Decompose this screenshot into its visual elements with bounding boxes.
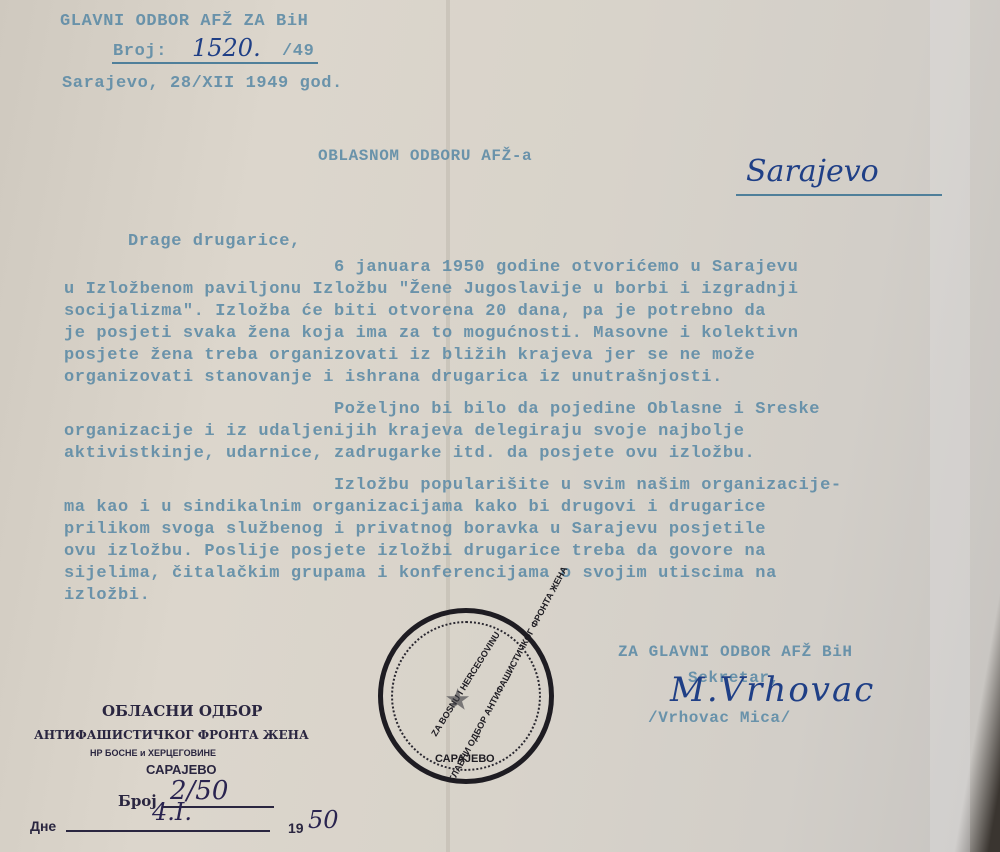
stamp-year-value: 50 bbox=[308, 806, 339, 834]
paragraph-line: 6 januara 1950 godine otvorićemo u Saraj… bbox=[334, 258, 798, 278]
number-suffix: /49 bbox=[282, 42, 314, 62]
stamp-line-3: НР БОСНЕ и ХЕРЦЕГОВИНЕ bbox=[90, 748, 216, 758]
number-handwritten: 1520. bbox=[192, 34, 261, 62]
paragraph-line: socijalizma". Izložba će biti otvorena 2… bbox=[64, 302, 766, 322]
stamp-line-2: АНТИФАШИСТИЧКОГ ФРОНТА ЖЕНА bbox=[34, 728, 309, 742]
stamp-date-label: Дне bbox=[30, 818, 56, 834]
signature-for-line: ZA GLAVNI ODBOR AFŽ BiH bbox=[618, 642, 853, 662]
star-icon: ★ bbox=[445, 671, 470, 723]
seal-bottom-text: САРАЈЕВО bbox=[435, 753, 495, 765]
paragraph-line: organizovati stanovanje i ishrana drugar… bbox=[64, 368, 723, 388]
stamp-number-label: Број bbox=[118, 792, 157, 810]
paragraph-line: sijelima, čitalačkim grupama i konferenc… bbox=[64, 564, 777, 584]
place-date: Sarajevo, 28/XII 1949 god. bbox=[62, 74, 343, 94]
paragraph-line: Izložbu popularišite u svim našim organi… bbox=[334, 476, 842, 496]
paragraph-line: Poželjno bi bilo da pojedine Oblasne i S… bbox=[334, 400, 820, 420]
paragraph-line: u Izložbenom paviljonu Izložbu "Žene Jug… bbox=[64, 280, 799, 300]
signature-handwritten: M.Vrhovac bbox=[670, 670, 875, 710]
paper-fold bbox=[930, 0, 970, 852]
round-seal: ГЛАВНИ ОДБОР АНТИФАШИСТИЧКОГ ФРОНТА ЖЕНА… bbox=[378, 608, 554, 784]
stamp-year-prefix: 19 bbox=[288, 820, 304, 836]
paragraph-line: izložbi. bbox=[64, 586, 150, 606]
stamp-date-line bbox=[66, 830, 270, 832]
paragraph-line: ovu izložbu. Poslije posjete izložbi dru… bbox=[64, 542, 766, 562]
signature-typed-name: /Vrhovac Mica/ bbox=[648, 708, 791, 728]
recipient-city-handwritten: Sarajevo bbox=[746, 154, 879, 189]
paragraph-line: posjete žena treba organizovati iz bliži… bbox=[64, 346, 755, 366]
number-label: Broj: bbox=[113, 42, 167, 62]
stamp-line-4: САРАЈЕВО bbox=[146, 762, 216, 777]
recipient-underline bbox=[736, 194, 942, 196]
paragraph-line: organizacije i iz udaljenijih krajeva de… bbox=[64, 422, 745, 442]
salutation: Drage drugarice, bbox=[128, 232, 301, 252]
paragraph-line: prilikom svoga službenog i privatnog bor… bbox=[64, 520, 766, 540]
stamp-date-value: 4.I. bbox=[152, 798, 192, 826]
paragraph-line: je posjeti svaka žena koja ima za to mog… bbox=[64, 324, 799, 344]
paragraph-line: aktivistkinje, udarnice, zadrugarke itd.… bbox=[64, 444, 755, 464]
stamp-line-1: ОБЛАСНИ ОДБОР bbox=[102, 702, 262, 720]
organization-header: GLAVNI ODBOR AFŽ ZA BiH bbox=[60, 12, 308, 32]
number-underline bbox=[112, 62, 318, 64]
recipient-line: OBLASNOM ODBORU AFŽ-a bbox=[318, 146, 532, 166]
paragraph-line: ma kao i u sindikalnim organizacijama ka… bbox=[64, 498, 766, 518]
